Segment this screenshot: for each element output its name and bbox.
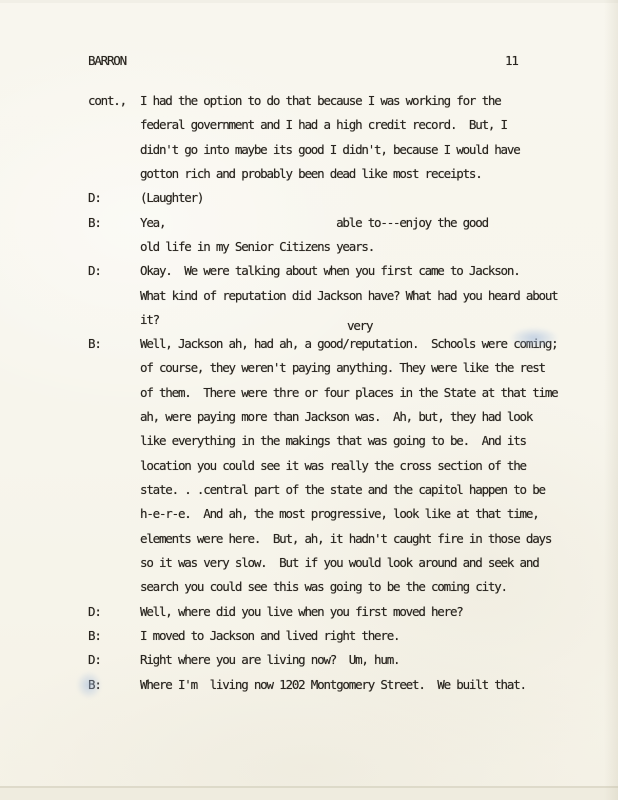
- transcript-text: federal government and I had a high cred…: [140, 113, 507, 137]
- transcript-line: B:I moved to Jackson and lived right the…: [0, 624, 618, 648]
- transcript-line: B:Well, Jackson ah, had ah, a good/reput…: [0, 332, 618, 356]
- transcript-text: it?: [140, 308, 159, 332]
- transcript-lines: cont.,I had the option to do that becaus…: [0, 89, 618, 697]
- transcript-text: I moved to Jackson and lived right there…: [140, 624, 399, 648]
- transcript-text: Okay. We were talking about when you fir…: [140, 259, 520, 283]
- transcript-line: D:Okay. We were talking about when you f…: [0, 259, 618, 283]
- transcript-text: Where I'm living now 1202 Montgomery Str…: [140, 673, 526, 697]
- transcript-line: D:Well, where did you live when you firs…: [0, 600, 618, 624]
- page-title: BARRON: [88, 53, 126, 68]
- transcript-line: gotton rich and probably been dead like …: [0, 162, 618, 186]
- transcript-text: like everything in the makings that was …: [140, 429, 526, 453]
- page-number: 11: [505, 53, 518, 68]
- speaker-label: B:: [88, 211, 101, 235]
- scanned-transcript-page: BARRON 11 cont.,I had the option to do t…: [0, 0, 618, 800]
- transcript-text: Well, Jackson ah, had ah, a good/reputat…: [140, 332, 558, 356]
- transcript-line: cont.,I had the option to do that becaus…: [0, 89, 618, 113]
- transcript-text: of course, they weren't paying anything.…: [140, 356, 545, 380]
- transcript-text: state. . .central part of the state and …: [140, 478, 545, 502]
- transcript-line: h-e-r-e. And ah, the most progressive, l…: [0, 502, 618, 526]
- transcript-text: old life in my Senior Citizens years.: [140, 235, 374, 259]
- transcript-text: (Laughter): [140, 186, 203, 210]
- transcript-text: Yea, able to---enjoy the good: [140, 211, 488, 235]
- transcript-line: ah, were paying more than Jackson was. A…: [0, 405, 618, 429]
- transcript-text: h-e-r-e. And ah, the most progressive, l…: [140, 502, 539, 526]
- transcript-line: like everything in the makings that was …: [0, 429, 618, 453]
- transcript-line: search you could see this was going to b…: [0, 575, 618, 599]
- transcript-text: so it was very slow. But if you would lo…: [140, 551, 539, 575]
- transcript-line: B:Where I'm living now 1202 Montgomery S…: [0, 673, 618, 697]
- interlinear-insertion: very: [347, 320, 372, 332]
- speaker-label: D:: [88, 600, 101, 624]
- speaker-label: B:: [88, 624, 101, 648]
- transcript-line: state. . .central part of the state and …: [0, 478, 618, 502]
- speaker-label: B:: [88, 673, 101, 697]
- speaker-label: B:: [88, 332, 101, 356]
- transcript-text: elements were here. But, ah, it hadn't c…: [140, 527, 551, 551]
- transcript-line: B:Yea, able to---enjoy the good: [0, 211, 618, 235]
- transcript-line: elements were here. But, ah, it hadn't c…: [0, 527, 618, 551]
- transcript-line: old life in my Senior Citizens years.: [0, 235, 618, 259]
- transcript-text: location you could see it was really the…: [140, 454, 526, 478]
- paper-top-edge: [0, 0, 618, 3]
- transcript-line: didn't go into maybe its good I didn't, …: [0, 138, 618, 162]
- transcript-line: federal government and I had a high cred…: [0, 113, 618, 137]
- transcript-text: gotton rich and probably been dead like …: [140, 162, 482, 186]
- transcript-text: What kind of reputation did Jackson have…: [140, 284, 558, 308]
- paper-right-edge: [604, 0, 618, 800]
- transcript-text: I had the option to do that because I wa…: [140, 89, 501, 113]
- transcript-text: search you could see this was going to b…: [140, 575, 507, 599]
- speaker-label: D:: [88, 259, 101, 283]
- transcript-line: What kind of reputation did Jackson have…: [0, 284, 618, 308]
- transcript-line: D:(Laughter): [0, 186, 618, 210]
- transcript-text: Right where you are living now? Um, hum.: [140, 648, 399, 672]
- transcript-line: D:Right where you are living now? Um, hu…: [0, 648, 618, 672]
- transcript-line: of course, they weren't paying anything.…: [0, 356, 618, 380]
- speaker-label: D:: [88, 648, 101, 672]
- transcript-text: of them. There were thre or four places …: [140, 381, 558, 405]
- transcript-line: location you could see it was really the…: [0, 454, 618, 478]
- speaker-label: D:: [88, 186, 101, 210]
- transcript-line: so it was very slow. But if you would lo…: [0, 551, 618, 575]
- scan-background-strip: [0, 788, 618, 800]
- transcript-text: ah, were paying more than Jackson was. A…: [140, 405, 532, 429]
- transcript-line: of them. There were thre or four places …: [0, 381, 618, 405]
- transcript-text: Well, where did you live when you first …: [140, 600, 463, 624]
- transcript-line: it?: [0, 308, 618, 332]
- speaker-label: cont.,: [88, 89, 126, 113]
- transcript-text: didn't go into maybe its good I didn't, …: [140, 138, 520, 162]
